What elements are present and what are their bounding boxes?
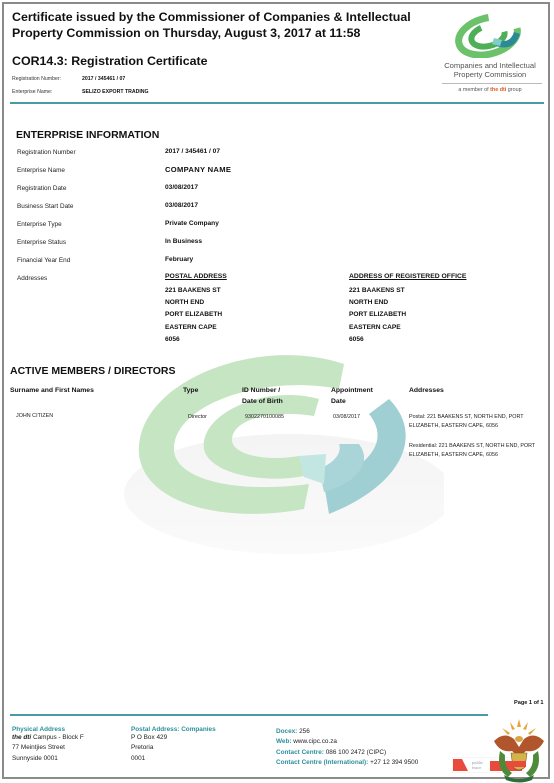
- svg-text:trace: trace: [472, 766, 481, 770]
- director-appointment-date: 03/08/2017: [333, 414, 360, 420]
- field-label-registration-date: Registration Date: [17, 185, 66, 192]
- meta-enterprise-value: SELIZO EXPORT TRADING: [82, 89, 149, 95]
- field-label-enterprise-status: Enterprise Status: [17, 239, 66, 246]
- certificate-type-title: COR14.3: Registration Certificate: [12, 54, 208, 68]
- logo-name-line2: Property Commission: [432, 70, 548, 79]
- footer-postal-address: Postal Address: Companies P O Box 429 Pr…: [131, 726, 216, 764]
- footer-physical-address: Physical Address the dti Campus - Block …: [12, 726, 84, 764]
- web-link[interactable]: www.cipc.co.za: [292, 738, 337, 745]
- registered-office-line: 221 BAAKENS ST: [349, 285, 466, 297]
- contact-centre-value: 086 100 2472 (CIPC): [324, 749, 386, 756]
- postal-companies-line1: P O Box 429: [131, 733, 216, 743]
- logo-divider: [442, 83, 542, 84]
- field-value-business-start-date: 03/08/2017: [165, 202, 198, 209]
- dti-brand: the dti: [12, 734, 31, 741]
- docex-label: Docex:: [276, 728, 297, 735]
- certificate-issued-title: Certificate issued by the Commissioner o…: [12, 10, 412, 41]
- director-name: JOHN CITIZEN: [16, 413, 53, 419]
- registered-office-line: 6056: [349, 334, 466, 346]
- postal-companies-line2: Pretoria: [131, 743, 216, 753]
- field-label-business-start-date: Business Start Date: [17, 203, 73, 210]
- svg-text:public: public: [472, 761, 483, 765]
- certificate-page: Certificate issued by the Commissioner o…: [2, 2, 550, 779]
- page-number: Page 1 of 1: [514, 700, 544, 706]
- logo-member-suffix: group: [506, 87, 521, 93]
- contact-international-value: +27 12 394 9500: [368, 759, 418, 766]
- director-postal-address: Postal: 221 BAAKENS ST, NORTH END, PORT …: [409, 413, 541, 430]
- column-header-appt-line2: Date: [331, 396, 373, 407]
- contact-centre: Contact Centre: 086 100 2472 (CIPC): [276, 748, 418, 758]
- field-value-registration-number: 2017 / 345461 / 07: [165, 148, 220, 155]
- web-label: Web:: [276, 738, 292, 745]
- registered-office-heading: ADDRESS OF REGISTERED OFFICE: [349, 273, 466, 280]
- column-header-id-line2: Date of Birth: [242, 396, 283, 407]
- enterprise-information-heading: ENTERPRISE INFORMATION: [16, 129, 159, 141]
- column-header-id-number: ID Number / Date of Birth: [242, 385, 283, 407]
- column-header-addresses: Addresses: [409, 385, 444, 396]
- column-header-name: Surname and First Names: [10, 385, 94, 396]
- field-label-enterprise-name: Enterprise Name: [17, 167, 65, 174]
- column-header-id-line1: ID Number /: [242, 385, 283, 396]
- field-label-addresses: Addresses: [17, 275, 47, 282]
- field-label-enterprise-type: Enterprise Type: [17, 221, 62, 228]
- postal-companies-line3: 0001: [131, 754, 216, 764]
- footer-divider-right: [288, 714, 488, 716]
- meta-registration-value: 2017 / 345461 / 07: [82, 76, 125, 82]
- postal-companies-heading: Postal Address: Companies: [131, 726, 216, 733]
- field-value-financial-year-end: February: [165, 256, 193, 263]
- postal-address-line: PORT ELIZABETH: [165, 309, 227, 321]
- postal-address-line: 221 BAAKENS ST: [165, 285, 227, 297]
- contact-international-label: Contact Centre (International):: [276, 759, 368, 766]
- postal-address-line: 6056: [165, 334, 227, 346]
- active-members-heading: ACTIVE MEMBERS / DIRECTORS: [10, 365, 176, 377]
- docex-value: 256: [297, 728, 309, 735]
- column-header-type: Type: [183, 385, 198, 396]
- field-value-enterprise-name: COMPANY NAME: [165, 165, 231, 174]
- logo-member-prefix: a member of: [458, 87, 490, 93]
- director-id-number: 9302270100085: [245, 414, 284, 420]
- meta-enterprise-label: Enterprise Name:: [12, 89, 52, 95]
- field-value-registration-date: 03/08/2017: [165, 184, 198, 191]
- footer-divider: [10, 714, 288, 716]
- physical-address-line1-text: Campus - Block F: [31, 734, 84, 741]
- postal-address-line: EASTERN CAPE: [165, 322, 227, 334]
- cipc-watermark-icon: [104, 344, 444, 564]
- cipc-logo-icon: [454, 10, 526, 58]
- contact-centre-international: Contact Centre (International): +27 12 3…: [276, 758, 418, 768]
- postal-address-block: POSTAL ADDRESS 221 BAAKENS ST NORTH END …: [165, 273, 227, 346]
- postal-address-heading: POSTAL ADDRESS: [165, 273, 227, 280]
- contact-docex: Docex: 256: [276, 727, 418, 737]
- logo-name-line1: Companies and Intellectual: [432, 61, 548, 70]
- meta-registration-label: Registration Number:: [12, 76, 61, 82]
- physical-address-heading: Physical Address: [12, 726, 84, 733]
- column-header-appt-line1: Appointment: [331, 385, 373, 396]
- field-label-financial-year-end: Financial Year End: [17, 257, 70, 264]
- column-header-appointment-date: Appointment Date: [331, 385, 373, 407]
- director-residential-address: Residential: 221 BAAKENS ST, NORTH END, …: [409, 442, 541, 459]
- registered-office-line: EASTERN CAPE: [349, 322, 466, 334]
- registered-office-line: PORT ELIZABETH: [349, 309, 466, 321]
- physical-address-line1: the dti Campus - Block F: [12, 733, 84, 743]
- footer-contact-info: Docex: 256 Web: www.cipc.co.za Contact C…: [276, 727, 418, 769]
- postal-address-line: NORTH END: [165, 297, 227, 309]
- field-value-enterprise-status: In Business: [165, 238, 202, 245]
- physical-address-line2: 77 Meintjies Street: [12, 743, 84, 753]
- director-type: Director: [188, 414, 207, 420]
- logo-member-text: a member of the dti group: [432, 87, 548, 93]
- physical-address-line3: Sunnyside 0001: [12, 754, 84, 764]
- registered-office-address-block: ADDRESS OF REGISTERED OFFICE 221 BAAKENS…: [349, 273, 466, 346]
- logo-commission-name: Companies and Intellectual Property Comm…: [432, 61, 548, 79]
- coat-of-arms-icon: [490, 717, 548, 783]
- field-label-registration-number: Registration Number: [17, 149, 76, 156]
- field-value-enterprise-type: Private Company: [165, 220, 219, 227]
- logo-member-brand: the dti: [490, 87, 506, 93]
- contact-web: Web: www.cipc.co.za: [276, 737, 418, 747]
- registered-office-line: NORTH END: [349, 297, 466, 309]
- header-divider: [10, 102, 544, 104]
- contact-centre-label: Contact Centre:: [276, 749, 324, 756]
